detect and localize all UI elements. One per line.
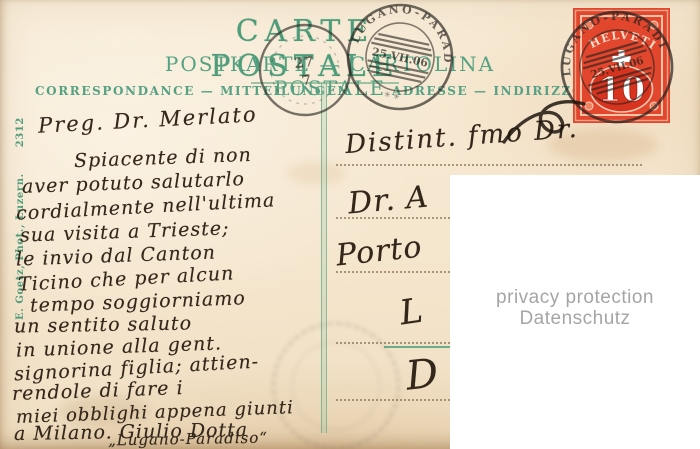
address-line: Dr. A [347,180,431,222]
address-line: L [397,291,426,334]
ink-flourish-stroke [504,102,584,142]
faded-postmark-ring [291,341,381,431]
privacy-overlay: privacy protection Datenschutz [450,175,700,449]
postmark-stars: ✳ ✳ [383,90,401,102]
faded-postmark [272,322,400,449]
address-dotted-line [336,164,642,166]
address-line: D [404,350,442,399]
printed-green-segment [384,346,450,348]
arrival-day: 27 [293,54,315,73]
ink-flourish [498,96,588,152]
arrival-month: 7 [301,72,313,89]
postcard-scan: CARTE POSTALE POSTKARTE — CARTOLINA POST… [0,0,700,449]
privacy-line-en: privacy protection [450,287,700,308]
privacy-line-de: Datenschutz [450,308,700,329]
message-location-quote: „Lugano-Paradiso“ [108,429,268,449]
publisher-number: 2312 [15,117,26,147]
